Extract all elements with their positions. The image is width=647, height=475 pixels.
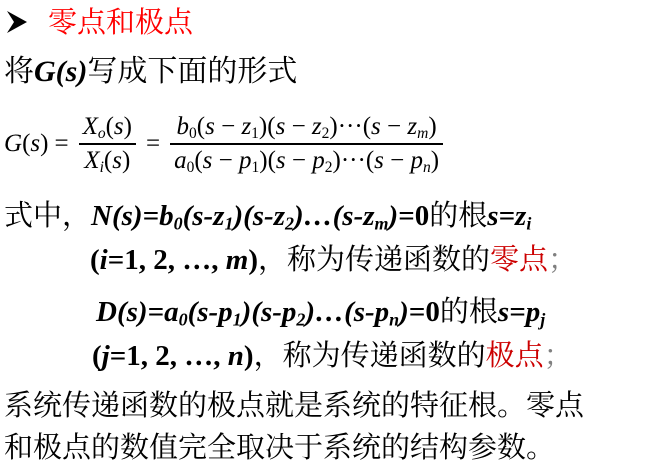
fraction-denominator: a0(s − p1)(s − p2)···(s − pn) <box>170 145 443 177</box>
intro-prefix: 将 <box>4 54 34 89</box>
intro-suffix: 写成下面的形式 <box>87 54 297 89</box>
formula-equals: = <box>54 130 68 158</box>
denominator-polynomial: D(s)=a0(s-p1)(s-p2)…(s-pn)=0 <box>96 296 440 328</box>
zeros-called: ，称为传递函数的 <box>258 242 490 276</box>
heading-title: 零点和极点 <box>48 5 193 39</box>
term-zeros: 零点 <box>490 242 548 276</box>
transfer-function-formula: G(s) = Xo(s) Xi(s) = b0(s − z1)(s − z2)·… <box>4 104 447 184</box>
term-poles: 极点 <box>486 338 544 372</box>
poles-range: (j=1, 2, …, n) <box>92 340 254 372</box>
section-heading: 零点和极点 <box>6 2 193 42</box>
fraction-numerator: b0(s − z1)(s − z2)···(s − zm) <box>173 111 441 143</box>
semicolon: ； <box>544 338 573 372</box>
poles-definition-line1: D(s)=a0(s-p1)(s-p2)…(s-pn)=0的根s=pj <box>96 292 545 331</box>
zeros-lead: 式中， <box>4 198 91 232</box>
intro-func: G(s) <box>34 55 87 88</box>
intro-sentence: 将G(s)写成下面的形式 <box>4 52 297 92</box>
fraction-denominator: Xi(s) <box>80 145 134 177</box>
pole-root: s=pj <box>498 296 545 328</box>
numerator-polynomial: N(s)=b0(s-z1)(s-z2)…(s-zm)=0 <box>91 200 429 232</box>
summary-line1: 系统传递函数的极点就是系统的特征根。零点 <box>4 386 584 424</box>
root-text: 的根 <box>440 294 498 328</box>
summary-line2: 和极点的数值完全取决于系统的结构参数。 <box>4 428 555 466</box>
formula-lhs: G(s) <box>4 130 48 158</box>
root-text: 的根 <box>429 198 487 232</box>
poles-definition-line2: (j=1, 2, …, n)，称为传递函数的极点； <box>92 336 573 375</box>
zero-root: s=zi <box>487 200 531 232</box>
zeros-definition-line1: 式中，N(s)=b0(s-z1)(s-z2)…(s-zm)=0的根s=zi <box>4 196 531 235</box>
poles-called: ，称为传递函数的 <box>254 338 486 372</box>
fraction-output-input: Xo(s) Xi(s) <box>79 111 136 176</box>
fraction-zeros-poles: b0(s − z1)(s − z2)···(s − zm) a0(s − p1)… <box>170 111 443 176</box>
zeros-definition-line2: (i=1, 2, …, m)，称为传递函数的零点； <box>90 240 577 279</box>
arrowhead-bullet-icon <box>6 10 28 34</box>
formula-equals: = <box>146 130 160 158</box>
semicolon: ； <box>548 242 577 276</box>
fraction-numerator: Xo(s) <box>79 111 136 143</box>
zeros-range: (i=1, 2, …, m) <box>90 244 258 276</box>
